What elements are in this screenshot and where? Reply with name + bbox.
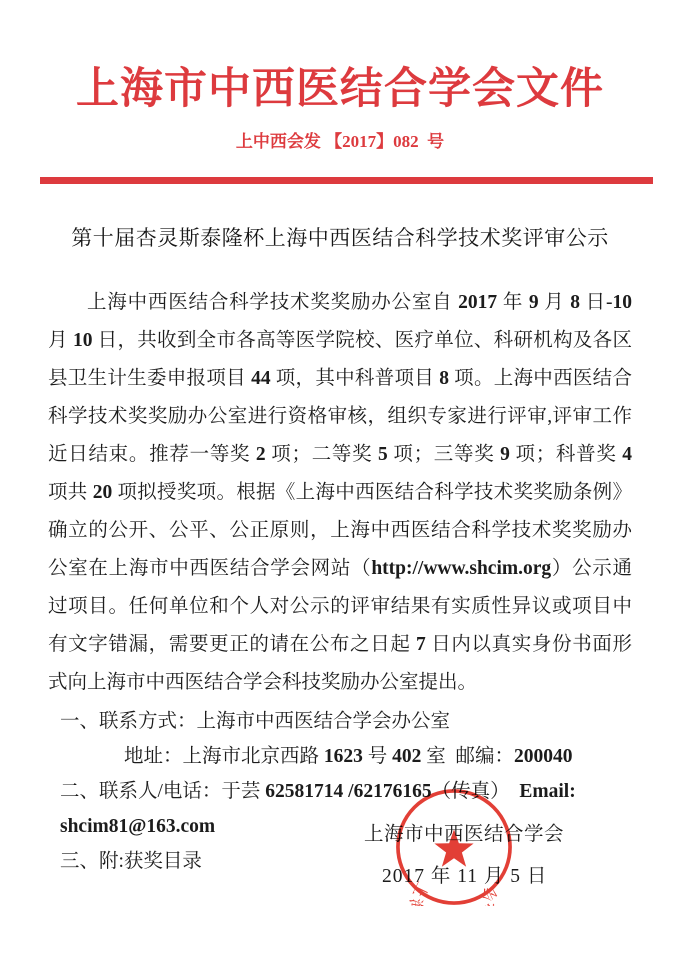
contact-address-line: 地址：上海市北京西路 1623 号 402 室 邮编：200040 — [48, 739, 632, 774]
text-segment: 7 — [416, 634, 426, 655]
text-segment: 44 — [251, 368, 271, 389]
text-segment: 一、联系方式：上海市中西医结合学会办公室 — [60, 711, 450, 732]
text-segment: http://www.shcim.org — [371, 558, 551, 579]
text-segment: 日- — [580, 292, 612, 313]
text-segment: 项；二等奖 — [266, 444, 378, 465]
text-segment: 二、联系人/电话：于芸 — [60, 781, 265, 802]
text-segment: 4 — [622, 444, 632, 465]
text-segment: 项；三等奖 — [388, 444, 500, 465]
text-segment: 项，其中科普项目 — [271, 368, 440, 389]
text-segment: 项；科普奖 — [510, 444, 622, 465]
divider-bar — [40, 177, 653, 184]
text-segment: 年 — [497, 292, 529, 313]
official-seal: 上海市中西医结合学会 — [395, 788, 513, 906]
text-segment: 200040 — [514, 746, 573, 767]
text-segment: 地址：上海市北京西路 — [124, 746, 324, 767]
seal-svg: 上海市中西医结合学会 — [395, 788, 513, 906]
text-segment: 8 — [439, 368, 449, 389]
text-segment: 号 — [419, 132, 445, 151]
text-segment: 9 — [529, 292, 539, 313]
text-segment: 上中西会发 — [236, 132, 325, 151]
document-header: 上海市中西医结合学会文件 上中西会发 【2017】082 号 — [0, 0, 680, 184]
doc-number: 上中西会发 【2017】082 号 — [0, 131, 680, 153]
text-segment: 【2017】082 — [325, 132, 419, 151]
org-title: 上海市中西医结合学会文件 — [0, 0, 680, 113]
text-segment: 三、附:获奖目录 — [60, 851, 202, 872]
text-segment: 号 — [363, 746, 392, 767]
contact-section: 一、联系方式：上海市中西医结合学会办公室 地址：上海市北京西路 1623 号 4… — [48, 704, 632, 879]
text-segment: 上海中西医结合科学技术奖奖励办公室自 — [87, 292, 458, 313]
text-segment: 室 邮编： — [421, 746, 514, 767]
text-segment: 9 — [500, 444, 510, 465]
text-segment: 402 — [392, 746, 421, 767]
star-icon — [434, 829, 473, 866]
text-segment: 月 — [539, 292, 571, 313]
text-segment: 2017 — [458, 292, 497, 313]
text-segment: 月 — [48, 330, 73, 351]
page: 上海市中西医结合学会文件 上中西会发 【2017】082 号 第十届杏灵斯泰隆杯… — [0, 0, 680, 962]
text-segment: 项共 — [48, 482, 93, 503]
text-segment: 8 — [570, 292, 580, 313]
text-segment: 2 — [256, 444, 266, 465]
text-segment: 10 — [612, 292, 632, 313]
text-segment: 5 — [378, 444, 388, 465]
text-segment: 1623 — [324, 746, 363, 767]
doc-title: 第十届杏灵斯泰隆杯上海中西医结合科学技术奖评审公示 — [0, 222, 680, 252]
contact-method-line: 一、联系方式：上海市中西医结合学会办公室 — [48, 704, 632, 739]
text-segment: 10 — [73, 330, 93, 351]
body-paragraph: 上海中西医结合科学技术奖奖励办公室自 2017 年 9 月 8 日-10 月 1… — [48, 284, 632, 702]
text-segment: 20 — [93, 482, 113, 503]
